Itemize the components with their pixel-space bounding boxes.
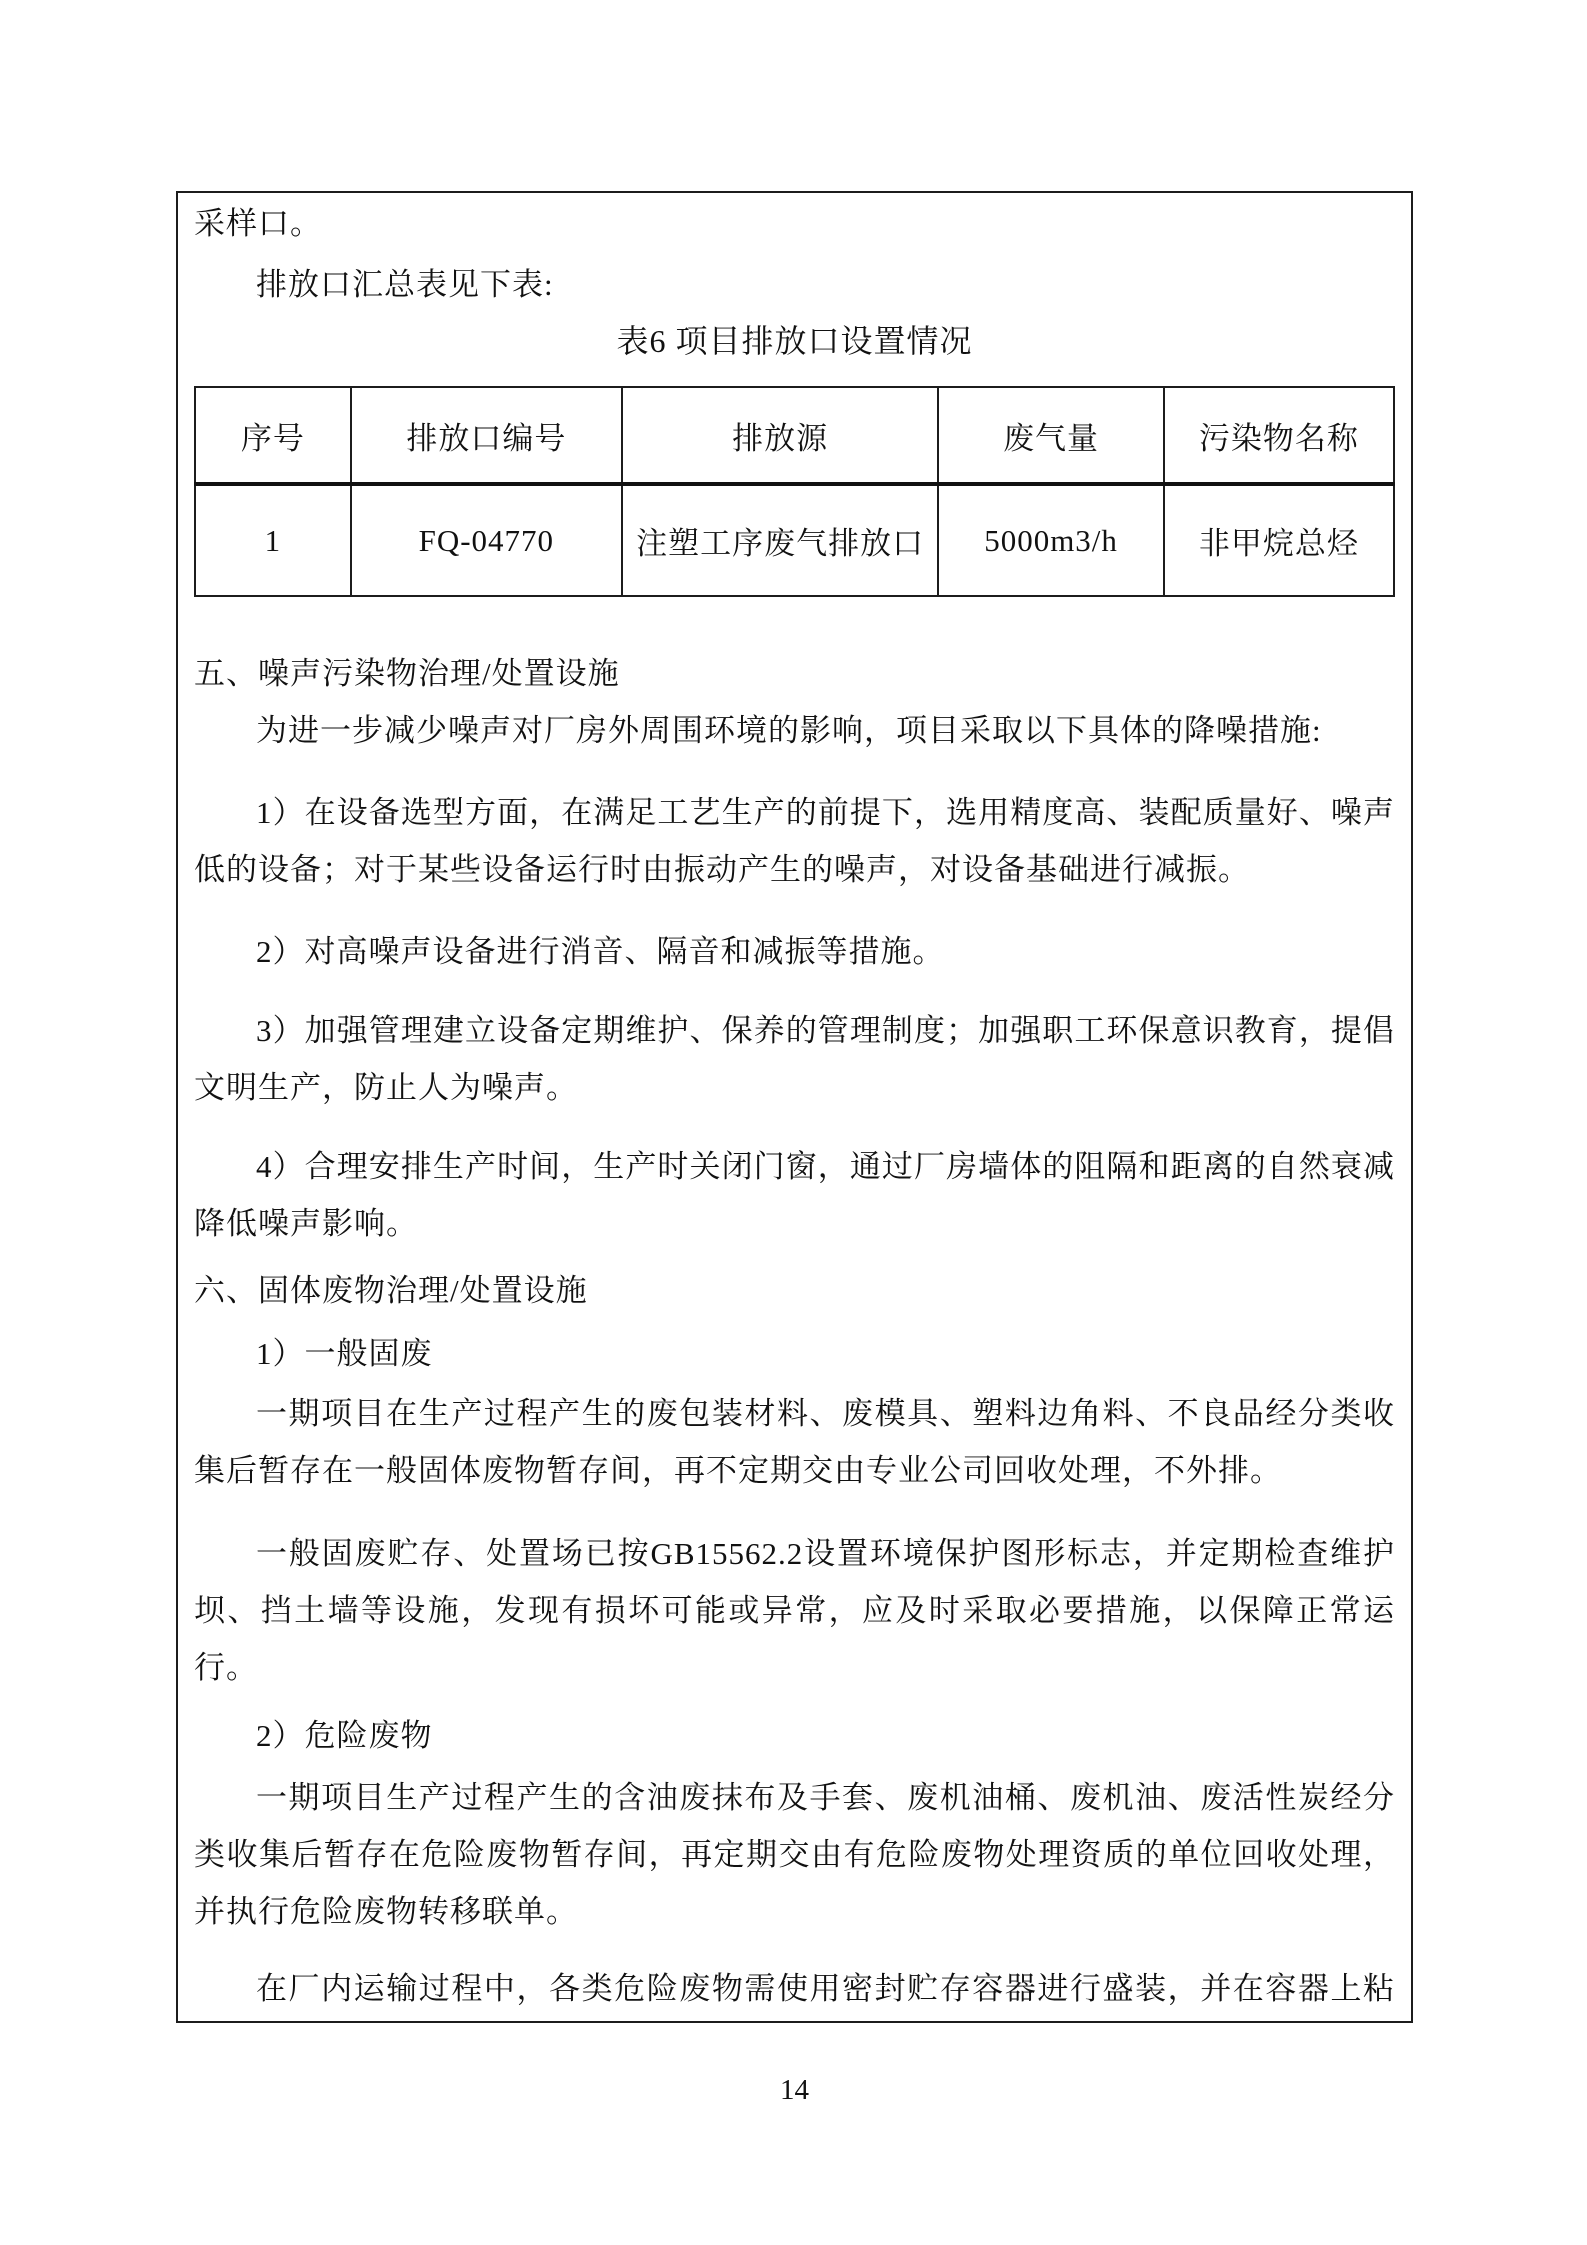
intro-line-2: 排放口汇总表见下表:	[194, 256, 1395, 313]
table-header-seq: 序号	[195, 387, 351, 484]
emission-outlet-table: 序号 排放口编号 排放源 废气量 污染物名称 1 FQ-04770 注塑工序废气…	[194, 386, 1395, 597]
cell-seq: 1	[195, 484, 351, 596]
table-header-code: 排放口编号	[351, 387, 622, 484]
paragraph-general-waste-1: 一期项目在生产过程产生的废包装材料、废模具、塑料边角料、不良品经分类收集后暂存在…	[194, 1385, 1395, 1499]
paragraph-general-waste-label: 1）一般固废	[194, 1325, 1395, 1382]
paragraph-general-waste-2: 一般固废贮存、处置场已按GB15562.2设置环境保护图形标志，并定期检查维护坝…	[194, 1525, 1395, 1696]
paragraph-noise-measure-3: 3）加强管理建立设备定期维护、保养的管理制度；加强职工环保意识教育，提倡文明生产…	[194, 1002, 1395, 1116]
section-heading-noise: 五、噪声污染物治理/处置设施	[194, 645, 1395, 702]
cell-gas-volume: 5000m3/h	[938, 484, 1163, 596]
table-header-pollutant: 污染物名称	[1164, 387, 1394, 484]
document-page: { "document": { "intro": { "line1": "采样口…	[0, 0, 1587, 2245]
cell-code: FQ-04770	[351, 484, 622, 596]
page-number: 14	[176, 2072, 1413, 2108]
content-border-box: 采样口。 排放口汇总表见下表: 表6 项目排放口设置情况 序号 排放口编号 排放…	[176, 191, 1413, 2023]
paragraph-noise-measure-2: 2）对高噪声设备进行消音、隔音和减振等措施。	[194, 923, 1395, 980]
section-heading-solid-waste: 六、固体废物治理/处置设施	[194, 1262, 1395, 1319]
paragraph-noise-measure-4: 4）合理安排生产时间，生产时关闭门窗，通过厂房墙体的阻隔和距离的自然衰减降低噪声…	[194, 1138, 1395, 1252]
table-title: 表6 项目排放口设置情况	[194, 313, 1395, 370]
intro-line-1: 采样口。	[194, 195, 1395, 252]
table-header-row: 序号 排放口编号 排放源 废气量 污染物名称	[195, 387, 1394, 484]
table-header-source: 排放源	[622, 387, 939, 484]
table-header-gas-volume: 废气量	[938, 387, 1163, 484]
cell-source: 注塑工序废气排放口	[622, 484, 939, 596]
paragraph-hazardous-waste-label: 2）危险废物	[194, 1707, 1395, 1764]
paragraph-noise-intro: 为进一步减少噪声对厂房外周围环境的影响，项目采取以下具体的降噪措施:	[194, 702, 1395, 759]
paragraph-noise-measure-1: 1）在设备选型方面，在满足工艺生产的前提下，选用精度高、装配质量好、噪声低的设备…	[194, 784, 1395, 898]
cell-pollutant: 非甲烷总烃	[1164, 484, 1394, 596]
paragraph-hazardous-waste-1: 一期项目生产过程产生的含油废抹布及手套、废机油桶、废机油、废活性炭经分类收集后暂…	[194, 1769, 1395, 1940]
paragraph-hazardous-waste-2: 在厂内运输过程中，各类危险废物需使用密封贮存容器进行盛装，并在容器上粘贴相应的标…	[194, 1960, 1395, 2023]
table-row: 1 FQ-04770 注塑工序废气排放口 5000m3/h 非甲烷总烃	[195, 484, 1394, 596]
